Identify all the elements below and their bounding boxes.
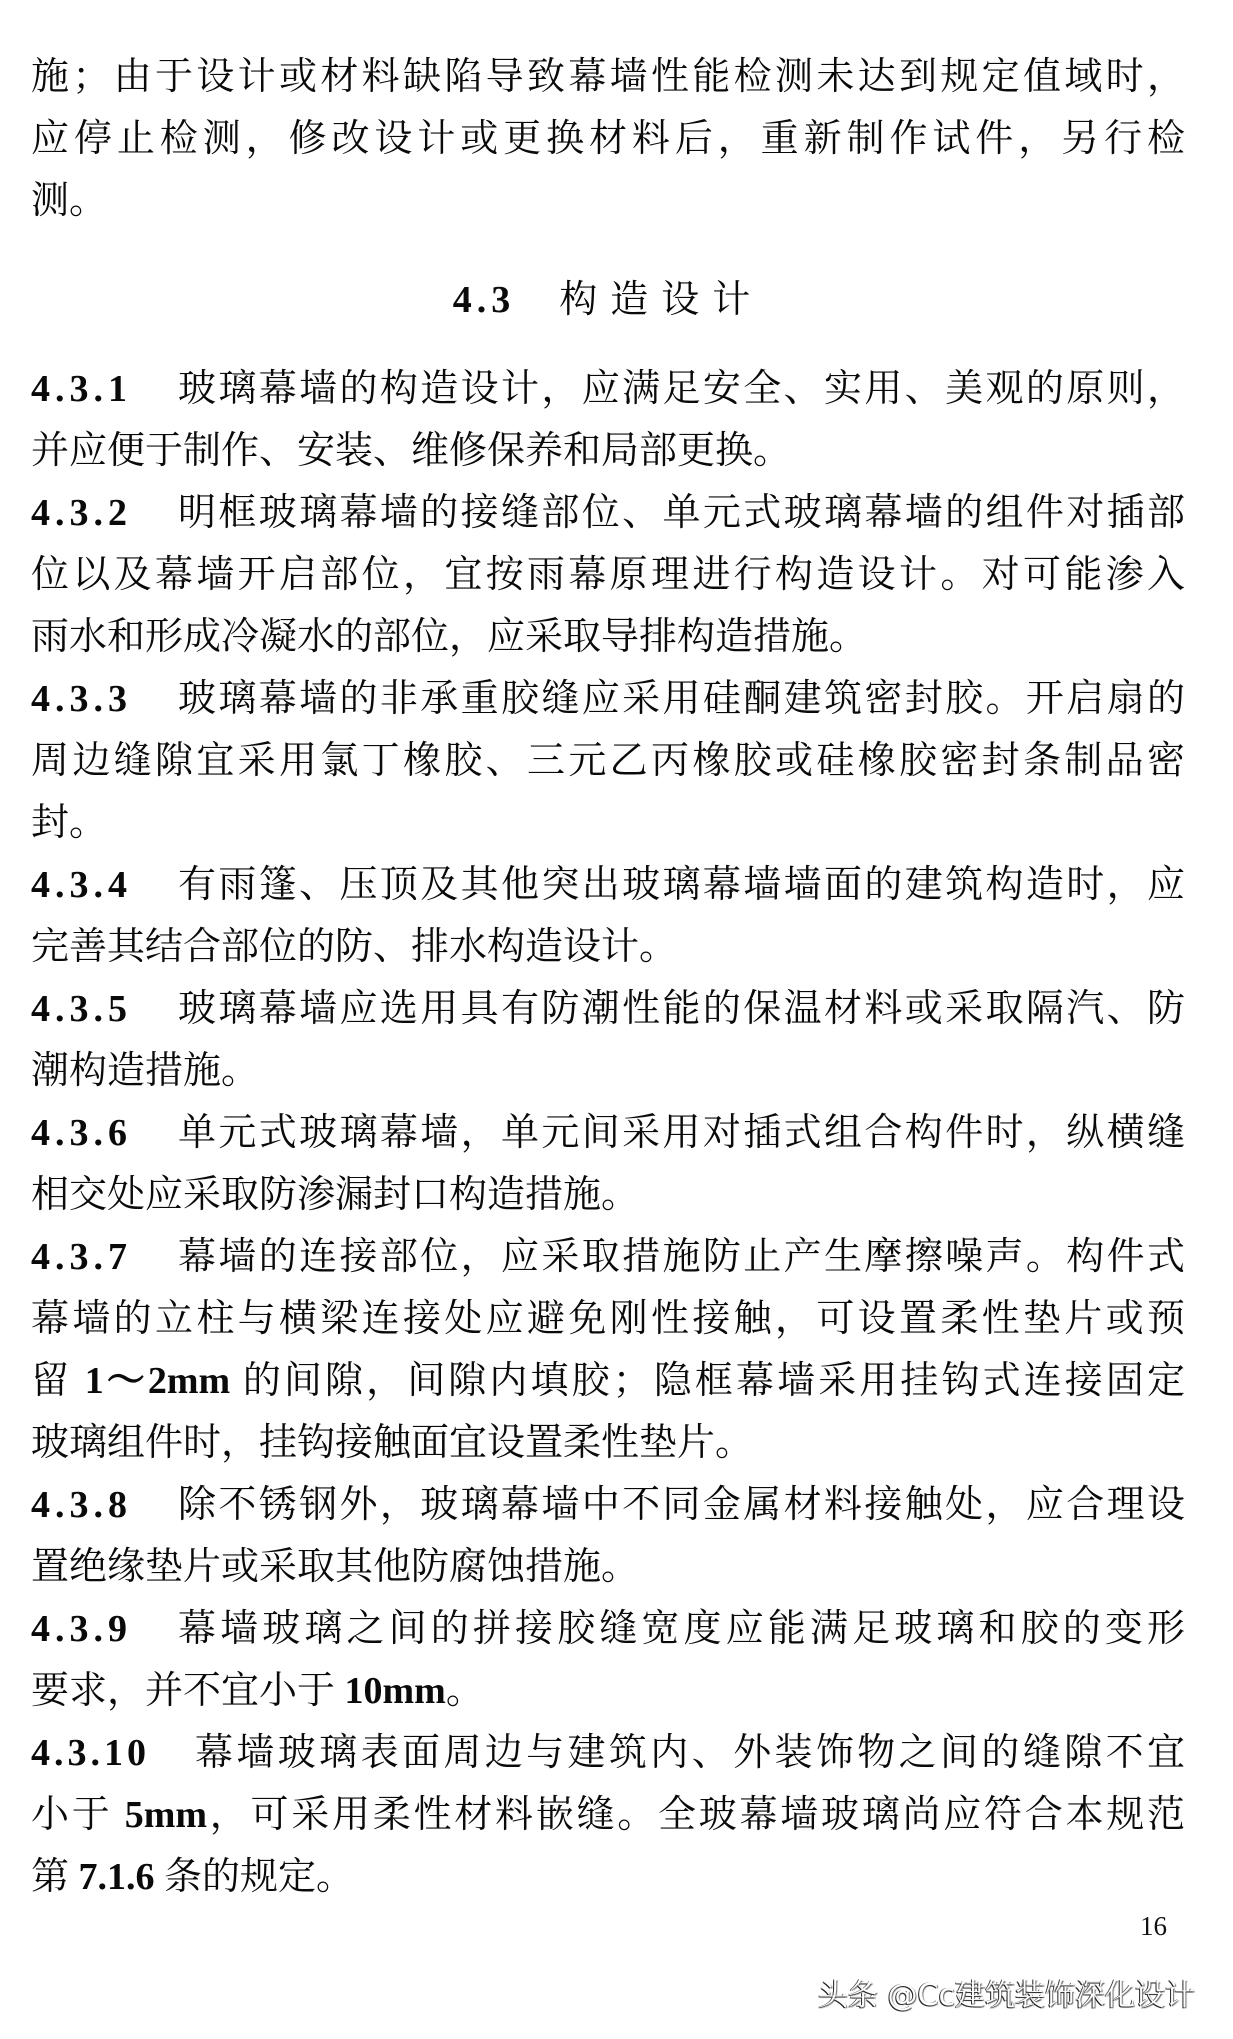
clause-number: 4.3.3 <box>31 668 178 730</box>
clause-4-3-2: 4.3.2 明框玻璃幕墙的接缝部位、单元式玻璃幕墙的组件对插部 位以及幕墙开启部… <box>31 482 1185 668</box>
clause-text: 幕墙玻璃表面周边与建筑内、外装饰物之间的缝隙不宜 <box>195 1722 1185 1784</box>
text-line: 小于 5mm，可采用柔性材料嵌缝。全玻幕墙玻璃尚应符合本规范 <box>31 1784 1185 1846</box>
text-line: 4.3.2 明框玻璃幕墙的接缝部位、单元式玻璃幕墙的组件对插部 <box>31 482 1185 544</box>
clause-number: 4.3.8 <box>31 1474 178 1536</box>
dimension-value: 5mm <box>125 1794 207 1836</box>
text-run: 小于 <box>31 1794 125 1836</box>
section-number: 4.3 <box>453 279 516 321</box>
clause-reference: 7.1.6 <box>79 1856 155 1898</box>
clause-4-3-3: 4.3.3 玻璃幕墙的非承重胶缝应采用硅酮建筑密封胶。开启扇的 周边缝隙宜采用氯… <box>31 668 1185 854</box>
text-line: 位以及幕墙开启部位，宜按雨幕原理进行构造设计。对可能渗入 <box>31 544 1185 606</box>
text-line: 测。 <box>31 170 1185 232</box>
text-line: 要求，并不宜小于 10mm。 <box>31 1660 1185 1722</box>
text-line: 相交处应采取防渗漏封口构造措施。 <box>31 1164 1185 1226</box>
text-line: 4.3.5 玻璃幕墙应选用具有防潮性能的保温材料或采取隔汽、防 <box>31 978 1185 1040</box>
text-line: 置绝缘垫片或采取其他防腐蚀措施。 <box>31 1536 1185 1598</box>
text-line: 4.3.1 玻璃幕墙的构造设计，应满足安全、实用、美观的原则， <box>31 358 1185 420</box>
clause-4-3-10: 4.3.10 幕墙玻璃表面周边与建筑内、外装饰物之间的缝隙不宜 小于 5mm，可… <box>31 1722 1185 1908</box>
clause-text: 幕墙的连接部位，应采取措施防止产生摩擦噪声。构件式 <box>178 1226 1185 1288</box>
document-page: 施；由于设计或材料缺陷导致幕墙性能检测未达到规定值域时， 应停止检测，修改设计或… <box>31 46 1185 1908</box>
clause-4-3-8: 4.3.8 除不锈钢外，玻璃幕墙中不同金属材料接触处，应合理设 置绝缘垫片或采取… <box>31 1474 1185 1598</box>
text-run: 条的规定。 <box>155 1856 355 1898</box>
text-run: 的间隙，间隙内填胶；隐框幕墙采用挂钩式连接固定 <box>230 1360 1185 1402</box>
clause-number: 4.3.5 <box>31 978 178 1040</box>
text-line: 玻璃组件时，挂钩接触面宜设置柔性垫片。 <box>31 1412 1185 1474</box>
text-line: 雨水和形成冷凝水的部位，应采取导排构造措施。 <box>31 606 1185 668</box>
text-line: 4.3.7 幕墙的连接部位，应采取措施防止产生摩擦噪声。构件式 <box>31 1226 1185 1288</box>
text-run: 第 <box>31 1856 79 1898</box>
section-heading: 4.3构造设计 <box>31 269 1185 331</box>
clause-text: 玻璃幕墙应选用具有防潮性能的保温材料或采取隔汽、防 <box>178 978 1185 1040</box>
section-title: 构造设计 <box>559 279 763 321</box>
clause-4-3-7: 4.3.7 幕墙的连接部位，应采取措施防止产生摩擦噪声。构件式 幕墙的立柱与横梁… <box>31 1226 1185 1474</box>
text-line: 4.3.10 幕墙玻璃表面周边与建筑内、外装饰物之间的缝隙不宜 <box>31 1722 1185 1784</box>
text-line: 4.3.4 有雨篷、压顶及其他突出玻璃幕墙墙面的建筑构造时，应 <box>31 854 1185 916</box>
text-line: 第 7.1.6 条的规定。 <box>31 1846 1185 1908</box>
text-run: 要求，并不宜小于 <box>31 1670 345 1712</box>
dimension-value: 1～2mm <box>85 1360 231 1402</box>
text-run: ，可采用柔性材料嵌缝。全玻幕墙玻璃尚应符合本规范 <box>207 1794 1185 1836</box>
clause-4-3-4: 4.3.4 有雨篷、压顶及其他突出玻璃幕墙墙面的建筑构造时，应 完善其结合部位的… <box>31 854 1185 978</box>
text-line: 4.3.6 单元式玻璃幕墙，单元间采用对插式组合构件时，纵横缝 <box>31 1102 1185 1164</box>
clause-4-3-6: 4.3.6 单元式玻璃幕墙，单元间采用对插式组合构件时，纵横缝 相交处应采取防渗… <box>31 1102 1185 1226</box>
clause-number: 4.3.10 <box>31 1722 195 1784</box>
text-line: 留 1～2mm 的间隙，间隙内填胶；隐框幕墙采用挂钩式连接固定 <box>31 1350 1185 1412</box>
dimension-value: 10mm <box>345 1670 446 1712</box>
clause-4-3-9: 4.3.9 幕墙玻璃之间的拼接胶缝宽度应能满足玻璃和胶的变形 要求，并不宜小于 … <box>31 1598 1185 1722</box>
text-run: 留 <box>31 1360 85 1402</box>
text-line: 应停止检测，修改设计或更换材料后，重新制作试件，另行检 <box>31 108 1185 170</box>
text-run: 。 <box>446 1670 484 1712</box>
text-line: 潮构造措施。 <box>31 1040 1185 1102</box>
clause-text: 幕墙玻璃之间的拼接胶缝宽度应能满足玻璃和胶的变形 <box>178 1598 1185 1660</box>
clause-number: 4.3.9 <box>31 1598 178 1660</box>
text-line: 完善其结合部位的防、排水构造设计。 <box>31 916 1185 978</box>
intro-paragraph: 施；由于设计或材料缺陷导致幕墙性能检测未达到规定值域时， 应停止检测，修改设计或… <box>31 46 1185 232</box>
clause-4-3-5: 4.3.5 玻璃幕墙应选用具有防潮性能的保温材料或采取隔汽、防 潮构造措施。 <box>31 978 1185 1102</box>
clause-number: 4.3.1 <box>31 358 178 420</box>
clause-number: 4.3.4 <box>31 854 178 916</box>
watermark: 头条 @Cc建筑装饰深化设计 <box>818 1980 1195 2012</box>
text-line: 4.3.3 玻璃幕墙的非承重胶缝应采用硅酮建筑密封胶。开启扇的 <box>31 668 1185 730</box>
clause-text: 除不锈钢外，玻璃幕墙中不同金属材料接触处，应合理设 <box>178 1474 1185 1536</box>
text-line: 封。 <box>31 792 1185 854</box>
clause-number: 4.3.2 <box>31 482 178 544</box>
text-line: 4.3.9 幕墙玻璃之间的拼接胶缝宽度应能满足玻璃和胶的变形 <box>31 1598 1185 1660</box>
page-number: 16 <box>1140 1912 1167 1940</box>
text-line: 4.3.8 除不锈钢外，玻璃幕墙中不同金属材料接触处，应合理设 <box>31 1474 1185 1536</box>
clause-text: 玻璃幕墙的构造设计，应满足安全、实用、美观的原则， <box>178 358 1185 420</box>
text-line: 并应便于制作、安装、维修保养和局部更换。 <box>31 420 1185 482</box>
clause-4-3-1: 4.3.1 玻璃幕墙的构造设计，应满足安全、实用、美观的原则， 并应便于制作、安… <box>31 358 1185 482</box>
clause-text: 有雨篷、压顶及其他突出玻璃幕墙墙面的建筑构造时，应 <box>178 854 1185 916</box>
clause-number: 4.3.7 <box>31 1226 178 1288</box>
text-line: 施；由于设计或材料缺陷导致幕墙性能检测未达到规定值域时， <box>31 46 1185 108</box>
text-line: 周边缝隙宜采用氯丁橡胶、三元乙丙橡胶或硅橡胶密封条制品密 <box>31 730 1185 792</box>
clause-text: 明框玻璃幕墙的接缝部位、单元式玻璃幕墙的组件对插部 <box>178 482 1185 544</box>
text-line: 幕墙的立柱与横梁连接处应避免刚性接触，可设置柔性垫片或预 <box>31 1288 1185 1350</box>
clause-text: 单元式玻璃幕墙，单元间采用对插式组合构件时，纵横缝 <box>178 1102 1185 1164</box>
clause-number: 4.3.6 <box>31 1102 178 1164</box>
clause-text: 玻璃幕墙的非承重胶缝应采用硅酮建筑密封胶。开启扇的 <box>178 668 1185 730</box>
